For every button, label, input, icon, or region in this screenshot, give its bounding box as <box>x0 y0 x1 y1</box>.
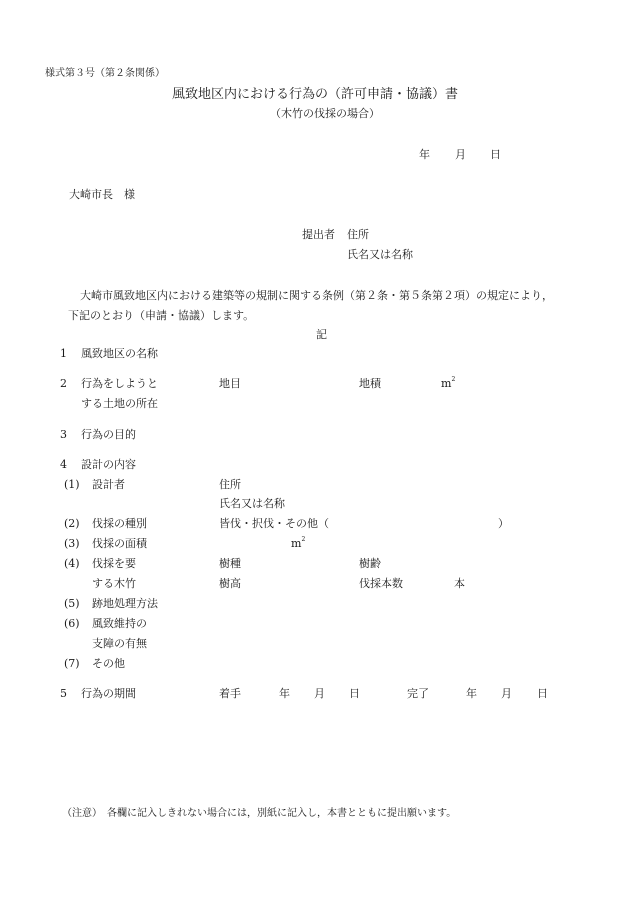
item-4-6-label-line1: 風致維持の <box>92 618 147 629</box>
item-4-number: 4 <box>60 459 67 470</box>
date-day: 日 <box>490 149 501 160</box>
ki-heading: 記 <box>316 329 327 340</box>
date-month: 月 <box>455 149 466 160</box>
applicant-name-label: 氏名又は名称 <box>347 249 413 260</box>
item-4-7-label: その他 <box>92 658 125 669</box>
item-4-4-label-line2: する木竹 <box>92 578 136 589</box>
item-1-number: 1 <box>60 348 67 359</box>
form-number: 様式第３号（第２条関係） <box>45 69 165 79</box>
item-4-7-number: (7) <box>64 658 80 669</box>
addressee: 大崎市長 様 <box>69 189 135 200</box>
item-1-label: 風致地区の名称 <box>81 348 158 359</box>
date-year: 年 <box>419 149 430 160</box>
item-5-number: 5 <box>60 688 67 699</box>
item-2-number: 2 <box>60 378 67 389</box>
item-2-chiseki: 地積 <box>359 378 381 389</box>
item-5-start-label: 着手 <box>219 688 241 699</box>
item-4-1-label: 設計者 <box>92 479 125 490</box>
item-4-1-name: 氏名又は名称 <box>219 498 285 509</box>
item-3-label: 行為の目的 <box>81 429 136 440</box>
item-4-3-number: (3) <box>64 538 80 549</box>
page-subtitle: （木竹の伐採の場合） <box>270 108 380 119</box>
page-title: 風致地区内における行為の（許可申請・協議）書 <box>172 88 458 101</box>
item-4-4-number: (4) <box>64 558 80 569</box>
item-4-6-number: (6) <box>64 618 80 629</box>
item-4-label: 設計の内容 <box>81 459 136 470</box>
item-2-label-line2: する土地の所在 <box>81 398 158 409</box>
item-2-label-line1: 行為をしようと <box>81 378 158 389</box>
note-label: （注意） <box>62 809 102 819</box>
item-2-chimoku: 地目 <box>219 378 241 389</box>
item-4-2-number: (2) <box>64 518 80 529</box>
item-4-2-close: ） <box>498 518 509 529</box>
item-5-start-year: 年 <box>279 688 290 699</box>
item-4-2-value: 皆伐・択伐・その他（ <box>219 518 329 529</box>
item-5-start-day: 日 <box>349 688 360 699</box>
item-4-4-age: 樹齢 <box>359 558 381 569</box>
item-4-1-number: (1) <box>64 479 80 490</box>
item-4-3-unit: m2 <box>291 538 305 549</box>
applicant-label: 提出者 <box>302 229 335 240</box>
item-4-5-label: 跡地処理方法 <box>92 598 158 609</box>
item-4-4-species: 樹種 <box>219 558 241 569</box>
item-4-4-height: 樹高 <box>219 578 241 589</box>
item-4-6-label-line2: 支障の有無 <box>92 638 147 649</box>
intro-line-2: 下記のとおり（申請・協議）します。 <box>68 310 254 321</box>
item-3-number: 3 <box>60 429 67 440</box>
item-5-label: 行為の期間 <box>81 688 136 699</box>
item-4-1-address: 住所 <box>219 479 241 490</box>
applicant-address-label: 住所 <box>347 229 369 240</box>
item-4-4-label-line1: 伐採を要 <box>92 558 136 569</box>
item-4-5-number: (5) <box>64 598 80 609</box>
item-5-end-month: 月 <box>501 688 512 699</box>
item-4-2-label: 伐採の種別 <box>92 518 147 529</box>
item-4-4-count: 伐採本数 <box>359 578 403 589</box>
item-2-unit: m2 <box>441 378 455 389</box>
intro-line-1: 大崎市風致地区内における建築等の規制に関する条例（第２条・第５条第２項）の規定に… <box>80 290 553 301</box>
note-text: 各欄に記入しきれない場合には，別紙に記入し，本書とともに提出願います。 <box>107 809 456 819</box>
item-4-3-label: 伐採の面積 <box>92 538 147 549</box>
item-5-start-month: 月 <box>314 688 325 699</box>
item-5-end-day: 日 <box>537 688 548 699</box>
item-5-end-year: 年 <box>466 688 477 699</box>
item-5-end-label: 完了 <box>407 688 429 699</box>
item-4-4-count-unit: 本 <box>454 578 465 589</box>
